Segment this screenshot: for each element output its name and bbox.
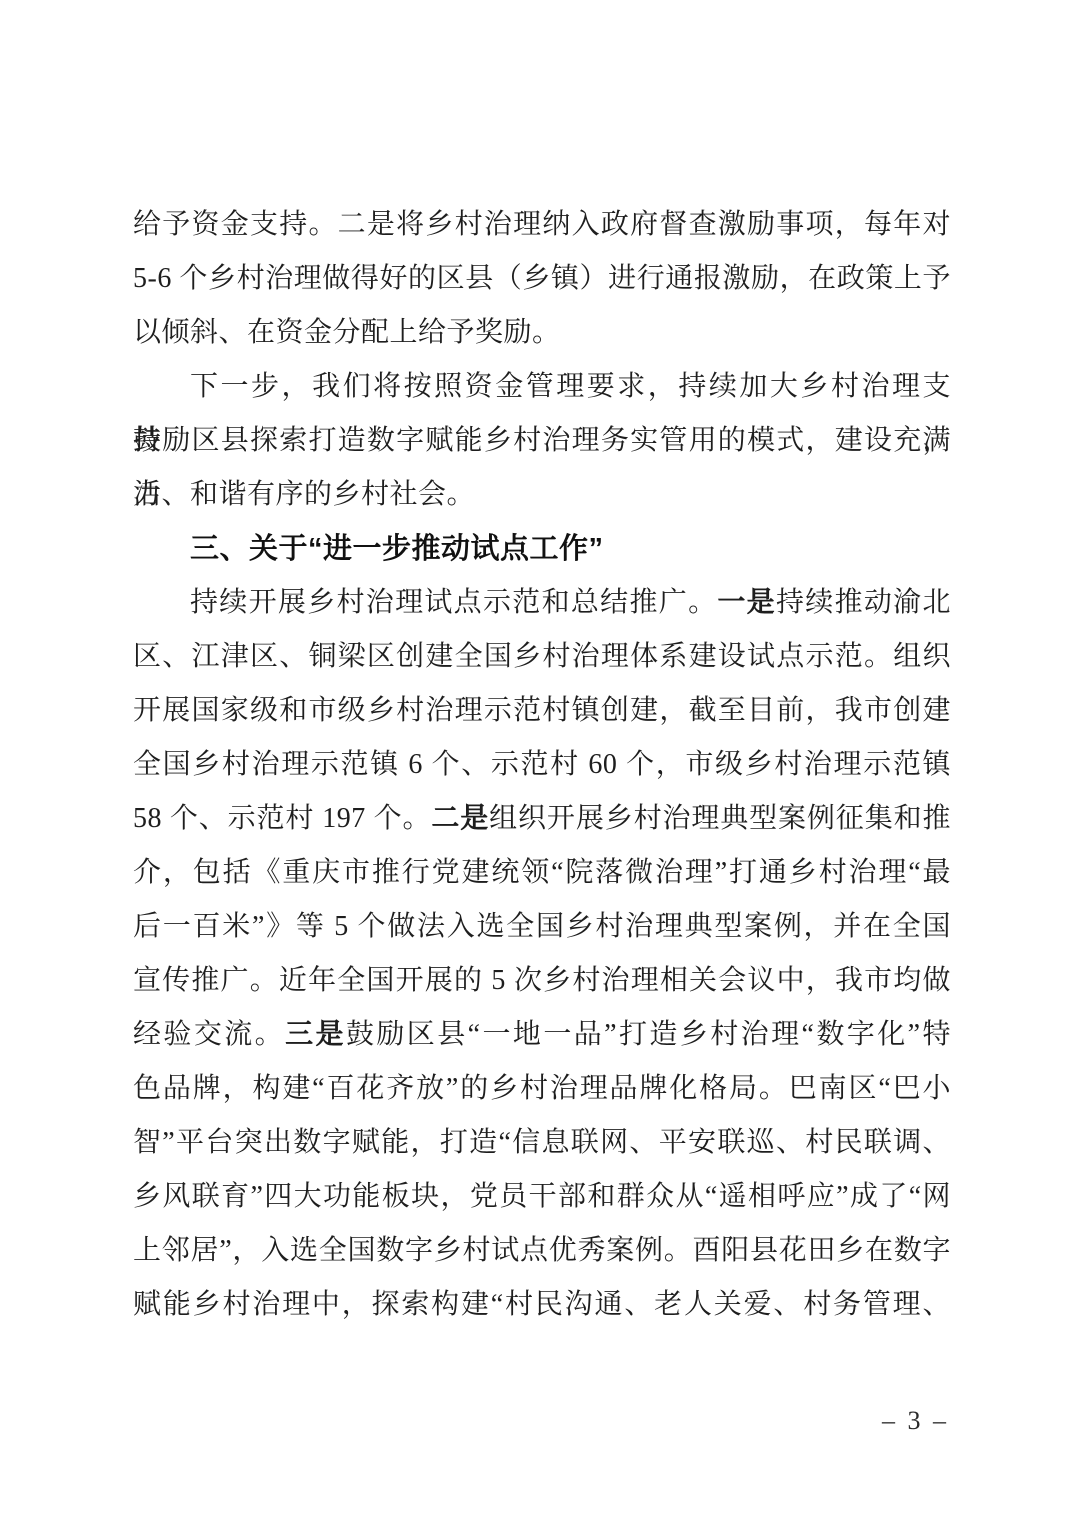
text-segment: 5-6 个乡村治理做得好的区县（乡镇）进行通报激励，在政策上予 bbox=[133, 263, 951, 294]
text-line: 区、江津区、铜梁区创建全国乡村治理体系建设试点示范。组织 bbox=[133, 630, 951, 684]
text-line: 上邻居”，入选全国数字乡村试点优秀案例。酉阳县花田乡在数字 bbox=[133, 1224, 951, 1278]
text-line: 开展国家级和市级乡村治理示范村镇创建，截至目前，我市创建 bbox=[133, 684, 951, 738]
text-segment: 持续推动渝北 bbox=[776, 587, 951, 618]
text-line: 鼓励区县探索打造数字赋能乡村治理务实管用的模式，建设充满活 bbox=[133, 414, 951, 468]
text-segment: 经验交流。 bbox=[133, 1019, 285, 1050]
text-line: 给予资金支持。二是将乡村治理纳入政府督查激励事项，每年对 bbox=[133, 198, 951, 252]
text-line: 经验交流。三是鼓励区县“一地一品”打造乡村治理“数字化”特 bbox=[133, 1008, 951, 1062]
text-line: 持续开展乡村治理试点示范和总结推广。一是持续推动渝北 bbox=[133, 576, 951, 630]
text-line: 58 个、示范村 197 个。二是组织开展乡村治理典型案例征集和推 bbox=[133, 792, 951, 846]
text-segment: 赋能乡村治理中，探索构建“村民沟通、老人关爱、村务管理、 bbox=[133, 1289, 951, 1320]
section-heading: 三、关于“进一步推动试点工作” bbox=[133, 522, 951, 576]
text-segment: 开展国家级和市级乡村治理示范村镇创建，截至目前，我市创建 bbox=[133, 695, 951, 726]
text-line: 宣传推广。近年全国开展的 5 次乡村治理相关会议中，我市均做 bbox=[133, 954, 951, 1008]
document-body: 给予资金支持。二是将乡村治理纳入政府督查激励事项，每年对5-6 个乡村治理做得好… bbox=[133, 198, 951, 1332]
text-line: 智”平台突出数字赋能，打造“信息联网、平安联巡、村民联调、 bbox=[133, 1116, 951, 1170]
text-segment: 58 个、示范村 197 个。 bbox=[133, 803, 431, 834]
text-segment: 鼓励区县“一地一品”打造乡村治理“数字化”特 bbox=[346, 1019, 951, 1050]
page-number: – 3 – bbox=[882, 1406, 972, 1436]
text-line: 赋能乡村治理中，探索构建“村民沟通、老人关爱、村务管理、 bbox=[133, 1278, 951, 1332]
text-segment: 乡风联育”四大功能板块，党员干部和群众从“遥相呼应”成了“网 bbox=[133, 1181, 951, 1212]
text-segment: 上邻居”，入选全国数字乡村试点优秀案例。酉阳县花田乡在数字 bbox=[133, 1235, 951, 1266]
text-segment: 介，包括《重庆市推行党建统领“院落微治理”打通乡村治理“最 bbox=[133, 857, 951, 888]
document-page: 给予资金支持。二是将乡村治理纳入政府督查激励事项，每年对5-6 个乡村治理做得好… bbox=[0, 0, 1074, 1520]
text-segment: 力、和谐有序的乡村社会。 bbox=[133, 479, 475, 510]
text-segment: 以倾斜、在资金分配上给予奖励。 bbox=[133, 317, 561, 348]
text-segment: 智”平台突出数字赋能，打造“信息联网、平安联巡、村民联调、 bbox=[133, 1127, 951, 1158]
text-segment: 色品牌，构建“百花齐放”的乡村治理品牌化格局。巴南区“巴小 bbox=[133, 1073, 951, 1104]
text-line: 乡风联育”四大功能板块，党员干部和群众从“遥相呼应”成了“网 bbox=[133, 1170, 951, 1224]
text-segment: 区、江津区、铜梁区创建全国乡村治理体系建设试点示范。组织 bbox=[133, 641, 951, 672]
text-line: 以倾斜、在资金分配上给予奖励。 bbox=[133, 306, 951, 360]
text-line: 全国乡村治理示范镇 6 个、示范村 60 个，市级乡村治理示范镇 bbox=[133, 738, 951, 792]
text-segment: 三、关于“进一步推动试点工作” bbox=[190, 533, 604, 565]
text-line: 力、和谐有序的乡村社会。 bbox=[133, 468, 951, 522]
text-line: 5-6 个乡村治理做得好的区县（乡镇）进行通报激励，在政策上予 bbox=[133, 252, 951, 306]
text-segment: 二是 bbox=[431, 803, 489, 834]
text-segment: 一是 bbox=[717, 587, 776, 618]
text-segment: 组织开展乡村治理典型案例征集和推 bbox=[489, 803, 951, 834]
text-line: 后一百米”》等 5 个做法入选全国乡村治理典型案例，并在全国 bbox=[133, 900, 951, 954]
text-line: 下一步，我们将按照资金管理要求，持续加大乡村治理支持， bbox=[133, 360, 951, 414]
text-line: 色品牌，构建“百花齐放”的乡村治理品牌化格局。巴南区“巴小 bbox=[133, 1062, 951, 1116]
text-segment: 给予资金支持。二是将乡村治理纳入政府督查激励事项，每年对 bbox=[133, 209, 951, 240]
text-segment: 三是 bbox=[285, 1019, 346, 1050]
text-segment: 后一百米”》等 5 个做法入选全国乡村治理典型案例，并在全国 bbox=[133, 911, 951, 942]
text-segment: 全国乡村治理示范镇 6 个、示范村 60 个，市级乡村治理示范镇 bbox=[133, 749, 951, 780]
text-segment: 持续开展乡村治理试点示范和总结推广。 bbox=[190, 587, 717, 618]
text-line: 介，包括《重庆市推行党建统领“院落微治理”打通乡村治理“最 bbox=[133, 846, 951, 900]
text-segment: 宣传推广。近年全国开展的 5 次乡村治理相关会议中，我市均做 bbox=[133, 965, 951, 996]
